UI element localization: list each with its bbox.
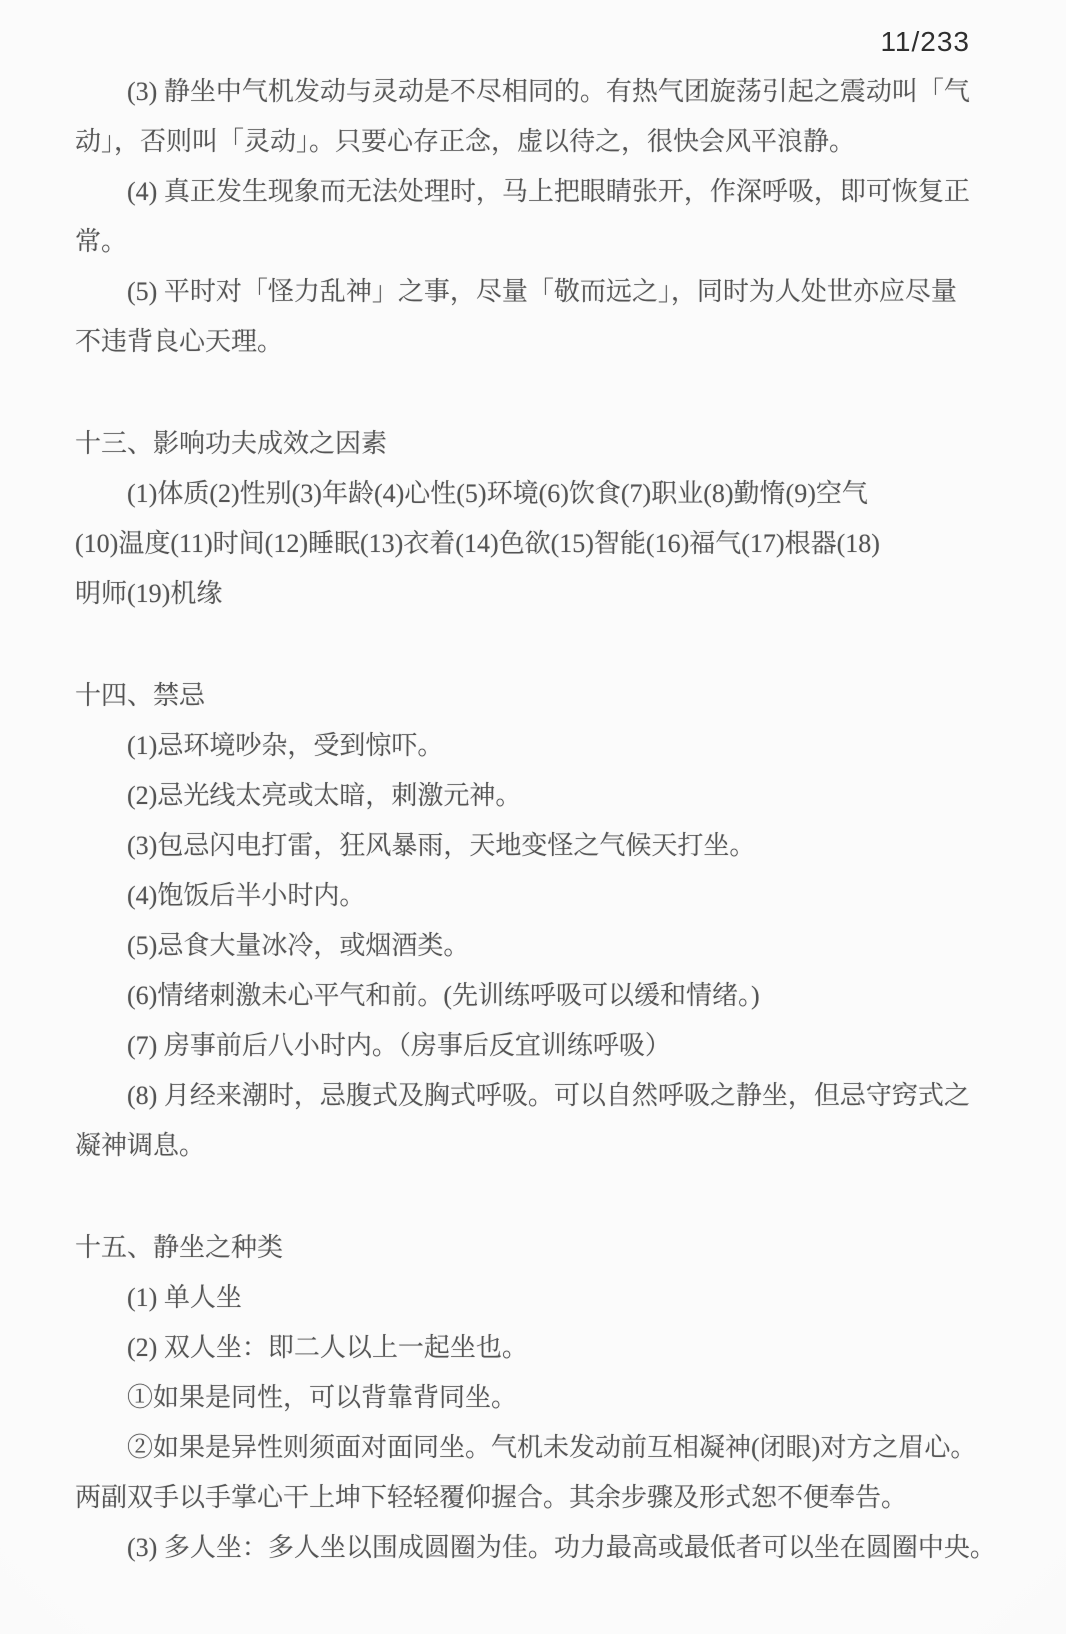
text-line: 动」，否则叫「灵动」。只要心存正念，虚以待之，很快会风平浪静。 — [75, 117, 988, 167]
text-line: 常。 — [75, 217, 988, 267]
text-line: (1) 单人坐 — [75, 1273, 988, 1323]
section-heading: 十五、静坐之种类 — [75, 1223, 988, 1273]
page-number-indicator: 11/233 — [880, 26, 970, 58]
text-line: (5) 平时对「怪力乱神」之事，尽量「敬而远之」，同时为人处世亦应尽量 — [75, 267, 988, 317]
document-content: (3) 静坐中气机发动与灵动是不尽相同的。有热气团旋荡引起之震动叫「气动」，否则… — [75, 67, 988, 1573]
text-line: (6)情绪刺激未心平气和前。(先训练呼吸可以缓和情绪。) — [75, 971, 988, 1021]
section-heading: 十三、影响功夫成效之因素 — [75, 419, 988, 469]
text-line: (8) 月经来潮时，忌腹式及胸式呼吸。可以自然呼吸之静坐，但忌守窍式之 — [75, 1071, 988, 1121]
text-line: (4)饱饭后半小时内。 — [75, 871, 988, 921]
text-line: (7) 房事前后八小时内。（房事后反宜训练呼吸） — [75, 1021, 988, 1071]
text-line: (10)温度(11)时间(12)睡眠(13)衣着(14)色欲(15)智能(16)… — [75, 519, 988, 569]
section-heading: 十四、禁忌 — [75, 671, 988, 721]
text-line: 凝神调息。 — [75, 1121, 988, 1171]
text-line: ②如果是异性则须面对面同坐。气机未发动前互相凝神(闭眼)对方之眉心。 — [75, 1423, 988, 1473]
text-line: (1)体质(2)性别(3)年龄(4)心性(5)环境(6)饮食(7)职业(8)勤惰… — [75, 469, 988, 519]
text-line: (3)包忌闪电打雷，狂风暴雨，天地变怪之气候天打坐。 — [75, 821, 988, 871]
text-line: (2) 双人坐：即二人以上一起坐也。 — [75, 1323, 988, 1373]
text-line: 两副双手以手掌心干上坤下轻轻覆仰握合。其余步骤及形式恕不便奉告。 — [75, 1473, 988, 1523]
text-line: (5)忌食大量冰冷，或烟酒类。 — [75, 921, 988, 971]
text-line: 明师(19)机缘 — [75, 569, 988, 619]
text-line: (4) 真正发生现象而无法处理时，马上把眼睛张开，作深呼吸，即可恢复正 — [75, 167, 988, 217]
text-line: (3) 静坐中气机发动与灵动是不尽相同的。有热气团旋荡引起之震动叫「气 — [75, 67, 988, 117]
text-line: 不违背良心天理。 — [75, 317, 988, 367]
text-line: (1)忌环境吵杂，受到惊吓。 — [75, 721, 988, 771]
reader-page[interactable]: 11/233 (3) 静坐中气机发动与灵动是不尽相同的。有热气团旋荡引起之震动叫… — [0, 0, 1066, 1634]
text-line: (2)忌光线太亮或太暗，刺激元神。 — [75, 771, 988, 821]
text-line: ①如果是同性，可以背靠背同坐。 — [75, 1373, 988, 1423]
text-line: (3) 多人坐：多人坐以围成圆圈为佳。功力最高或最低者可以坐在圆圈中央。 — [75, 1523, 988, 1573]
